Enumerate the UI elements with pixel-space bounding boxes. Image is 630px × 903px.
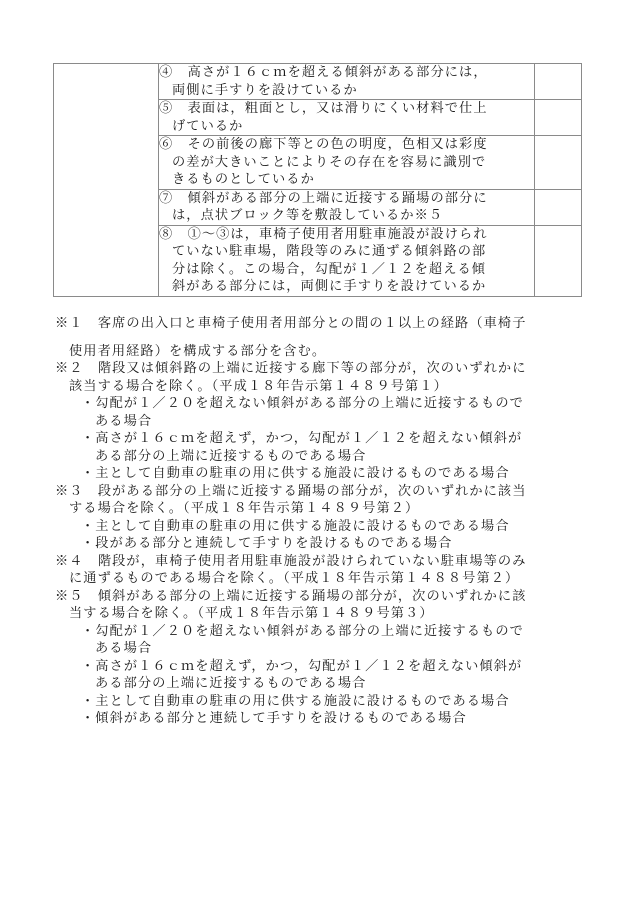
bullet-item: ・主として自動車の駐車の用に供する施設に設けるものである場合 [55, 693, 595, 711]
category-cell [54, 64, 159, 297]
item-text: は，点状ブロック等を敷設しているか※５ [159, 207, 534, 225]
item-text: きるものとしているか [159, 171, 534, 189]
footnotes: ※１ 客席の出入口と車椅子使用者用部分との間の１以上の経路（車椅子 使用者用経路… [55, 315, 595, 728]
bullet-item: ・主として自動車の駐車の用に供する施設に設けるものである場合 [55, 465, 595, 483]
bullet-item: ・高さが１６ｃｍを超えず，かつ，勾配が１／１２を超えない傾斜が [55, 430, 595, 448]
note-text: する場合を除く。（平成１８年告示第１４８９号第２） [55, 500, 595, 518]
bullet-item: ある場合 [55, 413, 595, 431]
note-text: ※３ 段がある部分の上端に近接する踊場の部分が，次のいずれかに該当 [55, 483, 595, 501]
item-text: 斜がある部分には，両側に手すりを設けているか [159, 278, 534, 296]
item-text: ④ 高さが１６ｃｍを超える傾斜がある部分には， [159, 64, 534, 82]
check-item-8: ⑧ ①～③は，車椅子使用者用駐車施設が設けられ ていない駐車場，階段等のみに通ず… [159, 225, 535, 296]
item-text: 両側に手すりを設けているか [159, 82, 534, 100]
bullet-item: ある部分の上端に近接するものである場合 [55, 448, 595, 466]
bullet-item: ・傾斜がある部分と連続して手すりを設けるものである場合 [55, 710, 595, 728]
check-cell[interactable] [535, 225, 582, 296]
bullet-item: ・段がある部分と連続して手すりを設けるものである場合 [55, 535, 595, 553]
note-text: ※１ 客席の出入口と車椅子使用者用部分との間の１以上の経路（車椅子 [55, 315, 595, 333]
note-4: ※４ 階段が，車椅子使用者用駐車施設が設けられていない駐車場等のみ に通ずるもの… [55, 553, 595, 588]
table-row-4: ④ 高さが１６ｃｍを超える傾斜がある部分には， 両側に手すりを設けているか [54, 64, 582, 100]
bullet-item: ある部分の上端に近接するものである場合 [55, 675, 595, 693]
check-cell[interactable] [535, 189, 582, 225]
item-text: ⑧ ①～③は，車椅子使用者用駐車施設が設けられ [159, 226, 534, 244]
bullet-item: ・勾配が１／２０を超えない傾斜がある部分の上端に近接するもので [55, 623, 595, 641]
check-cell[interactable] [535, 136, 582, 190]
note-text: ※２ 階段又は傾斜路の上端に近接する廊下等の部分が，次のいずれかに [55, 360, 595, 378]
item-text: ⑦ 傾斜がある部分の上端に近接する踊場の部分に [159, 190, 534, 208]
item-text: ⑥ その前後の廊下等との色の明度，色相又は彩度 [159, 136, 534, 154]
bullet-item: ・高さが１６ｃｍを超えず，かつ，勾配が１／１２を超えない傾斜が [55, 658, 595, 676]
note-text: 当する場合を除く。（平成１８年告示第１４８９号第３） [55, 605, 595, 623]
note-2: ※２ 階段又は傾斜路の上端に近接する廊下等の部分が，次のいずれかに 該当する場合… [55, 360, 595, 483]
bullet-item: ある場合 [55, 640, 595, 658]
check-item-6: ⑥ その前後の廊下等との色の明度，色相又は彩度 の差が大きいことによりその存在を… [159, 136, 535, 190]
note-text: ※４ 階段が，車椅子使用者用駐車施設が設けられていない駐車場等のみ [55, 553, 595, 571]
note-text: 該当する場合を除く。（平成１８年告示第１４８９号第１） [55, 378, 595, 396]
check-cell[interactable] [535, 64, 582, 100]
item-text: げているか [159, 118, 534, 136]
item-text: 分は除く。この場合，勾配が１／１２を超える傾 [159, 261, 534, 279]
check-item-5: ⑤ 表面は，粗面とし，又は滑りにくい材料で仕上 げているか [159, 100, 535, 136]
note-text: に通ずるものである場合を除く。（平成１８年告示第１４８８号第２） [55, 570, 595, 588]
note-1: ※１ 客席の出入口と車椅子使用者用部分との間の１以上の経路（車椅子 使用者用経路… [55, 315, 595, 360]
bullet-item: ・主として自動車の駐車の用に供する施設に設けるものである場合 [55, 518, 595, 536]
check-item-7: ⑦ 傾斜がある部分の上端に近接する踊場の部分に は，点状ブロック等を敷設している… [159, 189, 535, 225]
item-text: ⑤ 表面は，粗面とし，又は滑りにくい材料で仕上 [159, 100, 534, 118]
item-text: の差が大きいことによりその存在を容易に識別で [159, 154, 534, 172]
note-5: ※５ 傾斜がある部分の上端に近接する踊場の部分が，次のいずれかに該 当する場合を… [55, 588, 595, 728]
note-text: 使用者用経路）を構成する部分を含む。 [55, 343, 595, 361]
check-item-4: ④ 高さが１６ｃｍを超える傾斜がある部分には， 両側に手すりを設けているか [159, 64, 535, 100]
item-text: ていない駐車場，階段等のみに通ずる傾斜路の部 [159, 243, 534, 261]
check-cell[interactable] [535, 100, 582, 136]
note-3: ※３ 段がある部分の上端に近接する踊場の部分が，次のいずれかに該当 する場合を除… [55, 483, 595, 553]
note-text: ※５ 傾斜がある部分の上端に近接する踊場の部分が，次のいずれかに該 [55, 588, 595, 606]
checklist-table: ④ 高さが１６ｃｍを超える傾斜がある部分には， 両側に手すりを設けているか ⑤ … [53, 63, 582, 297]
bullet-item: ・勾配が１／２０を超えない傾斜がある部分の上端に近接するもので [55, 395, 595, 413]
